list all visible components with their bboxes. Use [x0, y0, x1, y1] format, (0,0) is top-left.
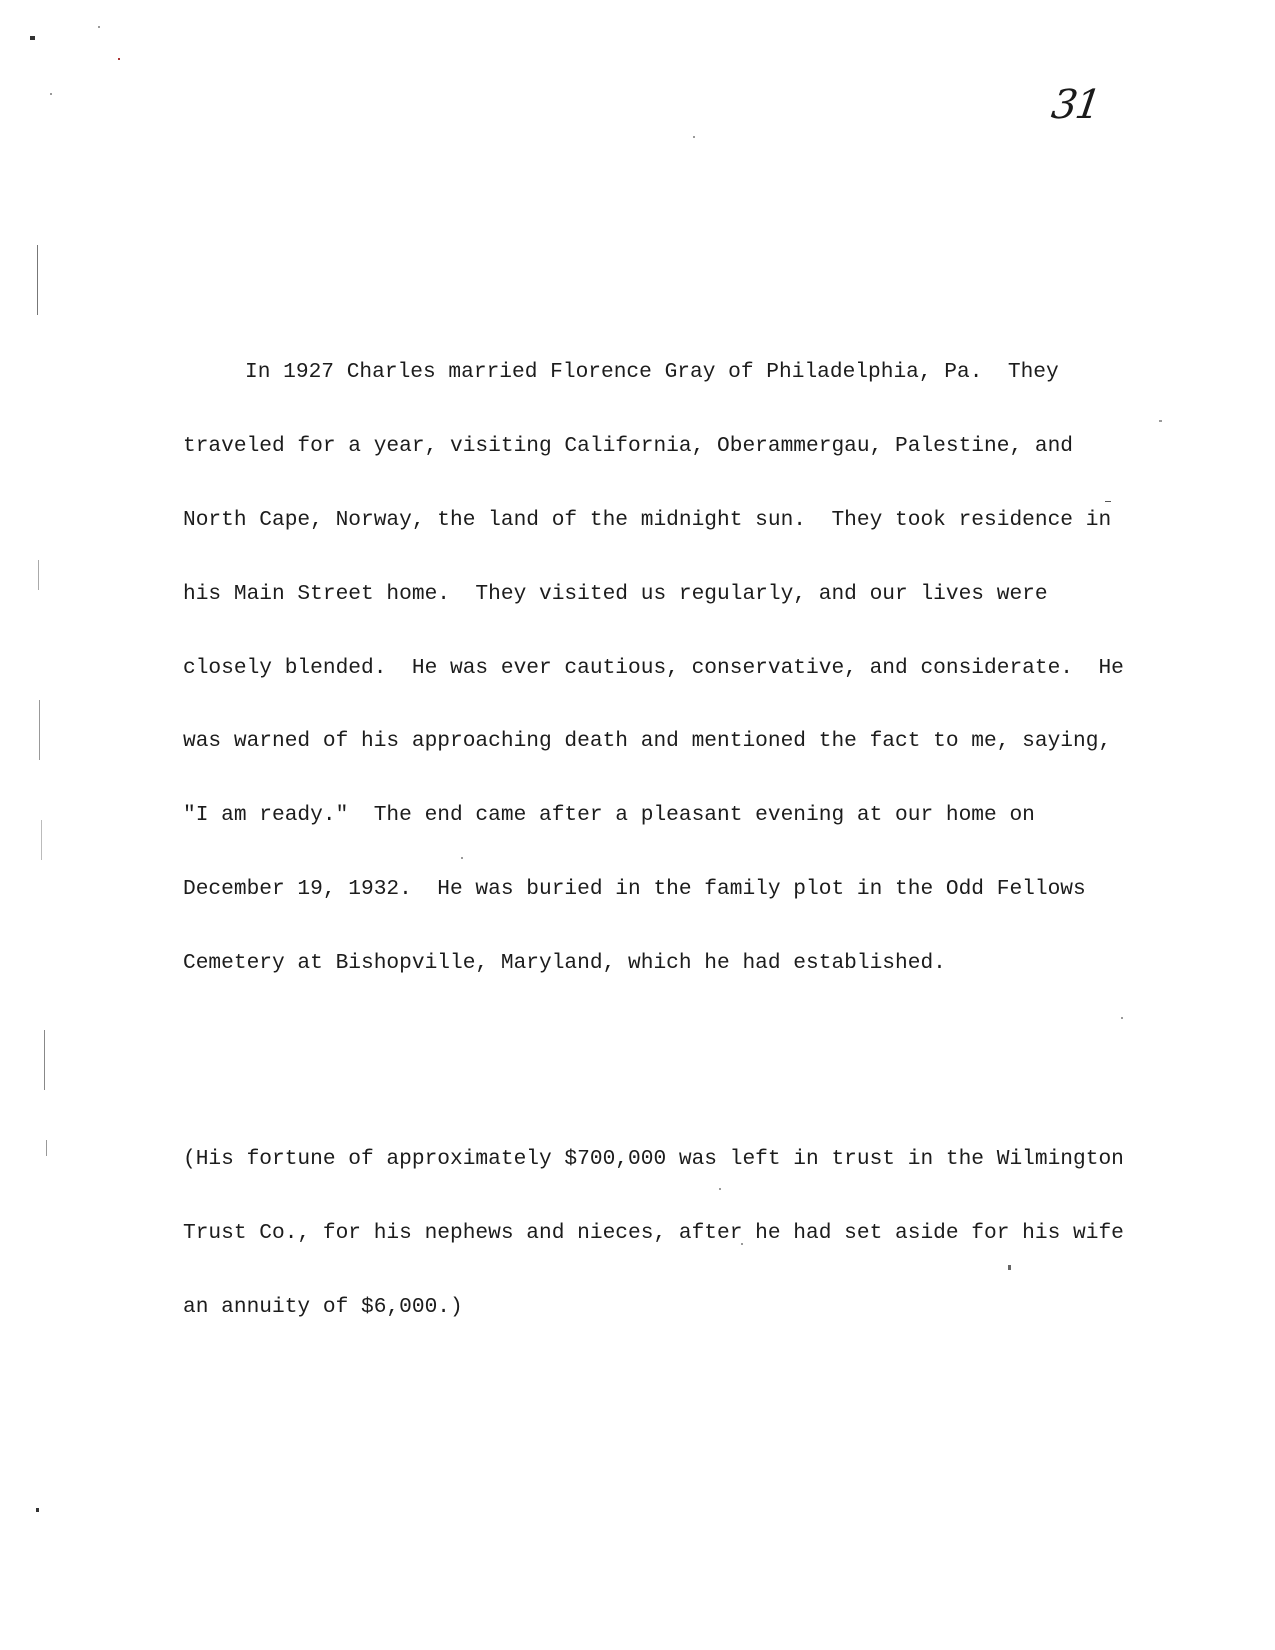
paragraph-marriage-and-death: In 1927 Charles married Florence Gray of…: [183, 311, 1143, 1024]
scan-mark: [50, 93, 52, 95]
text-line: Trust Co., for his nephews and nieces, a…: [183, 1221, 1143, 1246]
scan-mark: [1008, 1265, 1011, 1270]
text-line: was warned of his approaching death and …: [183, 729, 1143, 754]
handwritten-page-number: 31: [1049, 82, 1102, 128]
text-line: his Main Street home. They visited us re…: [183, 582, 1143, 607]
text-line: December 19, 1932. He was buried in the …: [183, 877, 1143, 902]
scan-edge-line: [39, 700, 40, 760]
scan-edge-line: [44, 1030, 45, 1090]
scan-mark: [1105, 501, 1111, 502]
text-line: North Cape, Norway, the land of the midn…: [183, 508, 1143, 533]
text-line: closely blended. He was ever cautious, c…: [183, 656, 1143, 681]
scan-mark: [719, 1188, 721, 1190]
scan-mark: [1121, 1017, 1123, 1019]
scan-mark: [98, 26, 100, 28]
scan-mark: [1159, 420, 1162, 422]
scan-mark: [36, 1508, 39, 1512]
scan-mark: [461, 857, 463, 859]
scan-edge-line: [41, 820, 42, 860]
scan-mark: [741, 1243, 743, 1245]
text-line: "I am ready." The end came after a pleas…: [183, 803, 1143, 828]
scan-edge-line: [38, 560, 39, 590]
scan-mark: [693, 136, 695, 138]
body-text: In 1927 Charles married Florence Gray of…: [183, 262, 1143, 1418]
scan-edge-line: [46, 1140, 47, 1156]
paragraph-fortune-note: (His fortune of approximately $700,000 w…: [183, 1098, 1143, 1369]
document-page: 31 In 1927 Charles married Florence Gray…: [0, 0, 1275, 1650]
scan-edge-line: [37, 245, 38, 315]
text-line: Cemetery at Bishopville, Maryland, which…: [183, 951, 1143, 976]
text-line: (His fortune of approximately $700,000 w…: [183, 1147, 1143, 1172]
text-line: In 1927 Charles married Florence Gray of…: [183, 360, 1143, 385]
text-line: traveled for a year, visiting California…: [183, 434, 1143, 459]
text-line: an annuity of $6,000.): [183, 1295, 1143, 1320]
scan-mark: [118, 58, 120, 60]
scan-mark: [30, 36, 35, 40]
